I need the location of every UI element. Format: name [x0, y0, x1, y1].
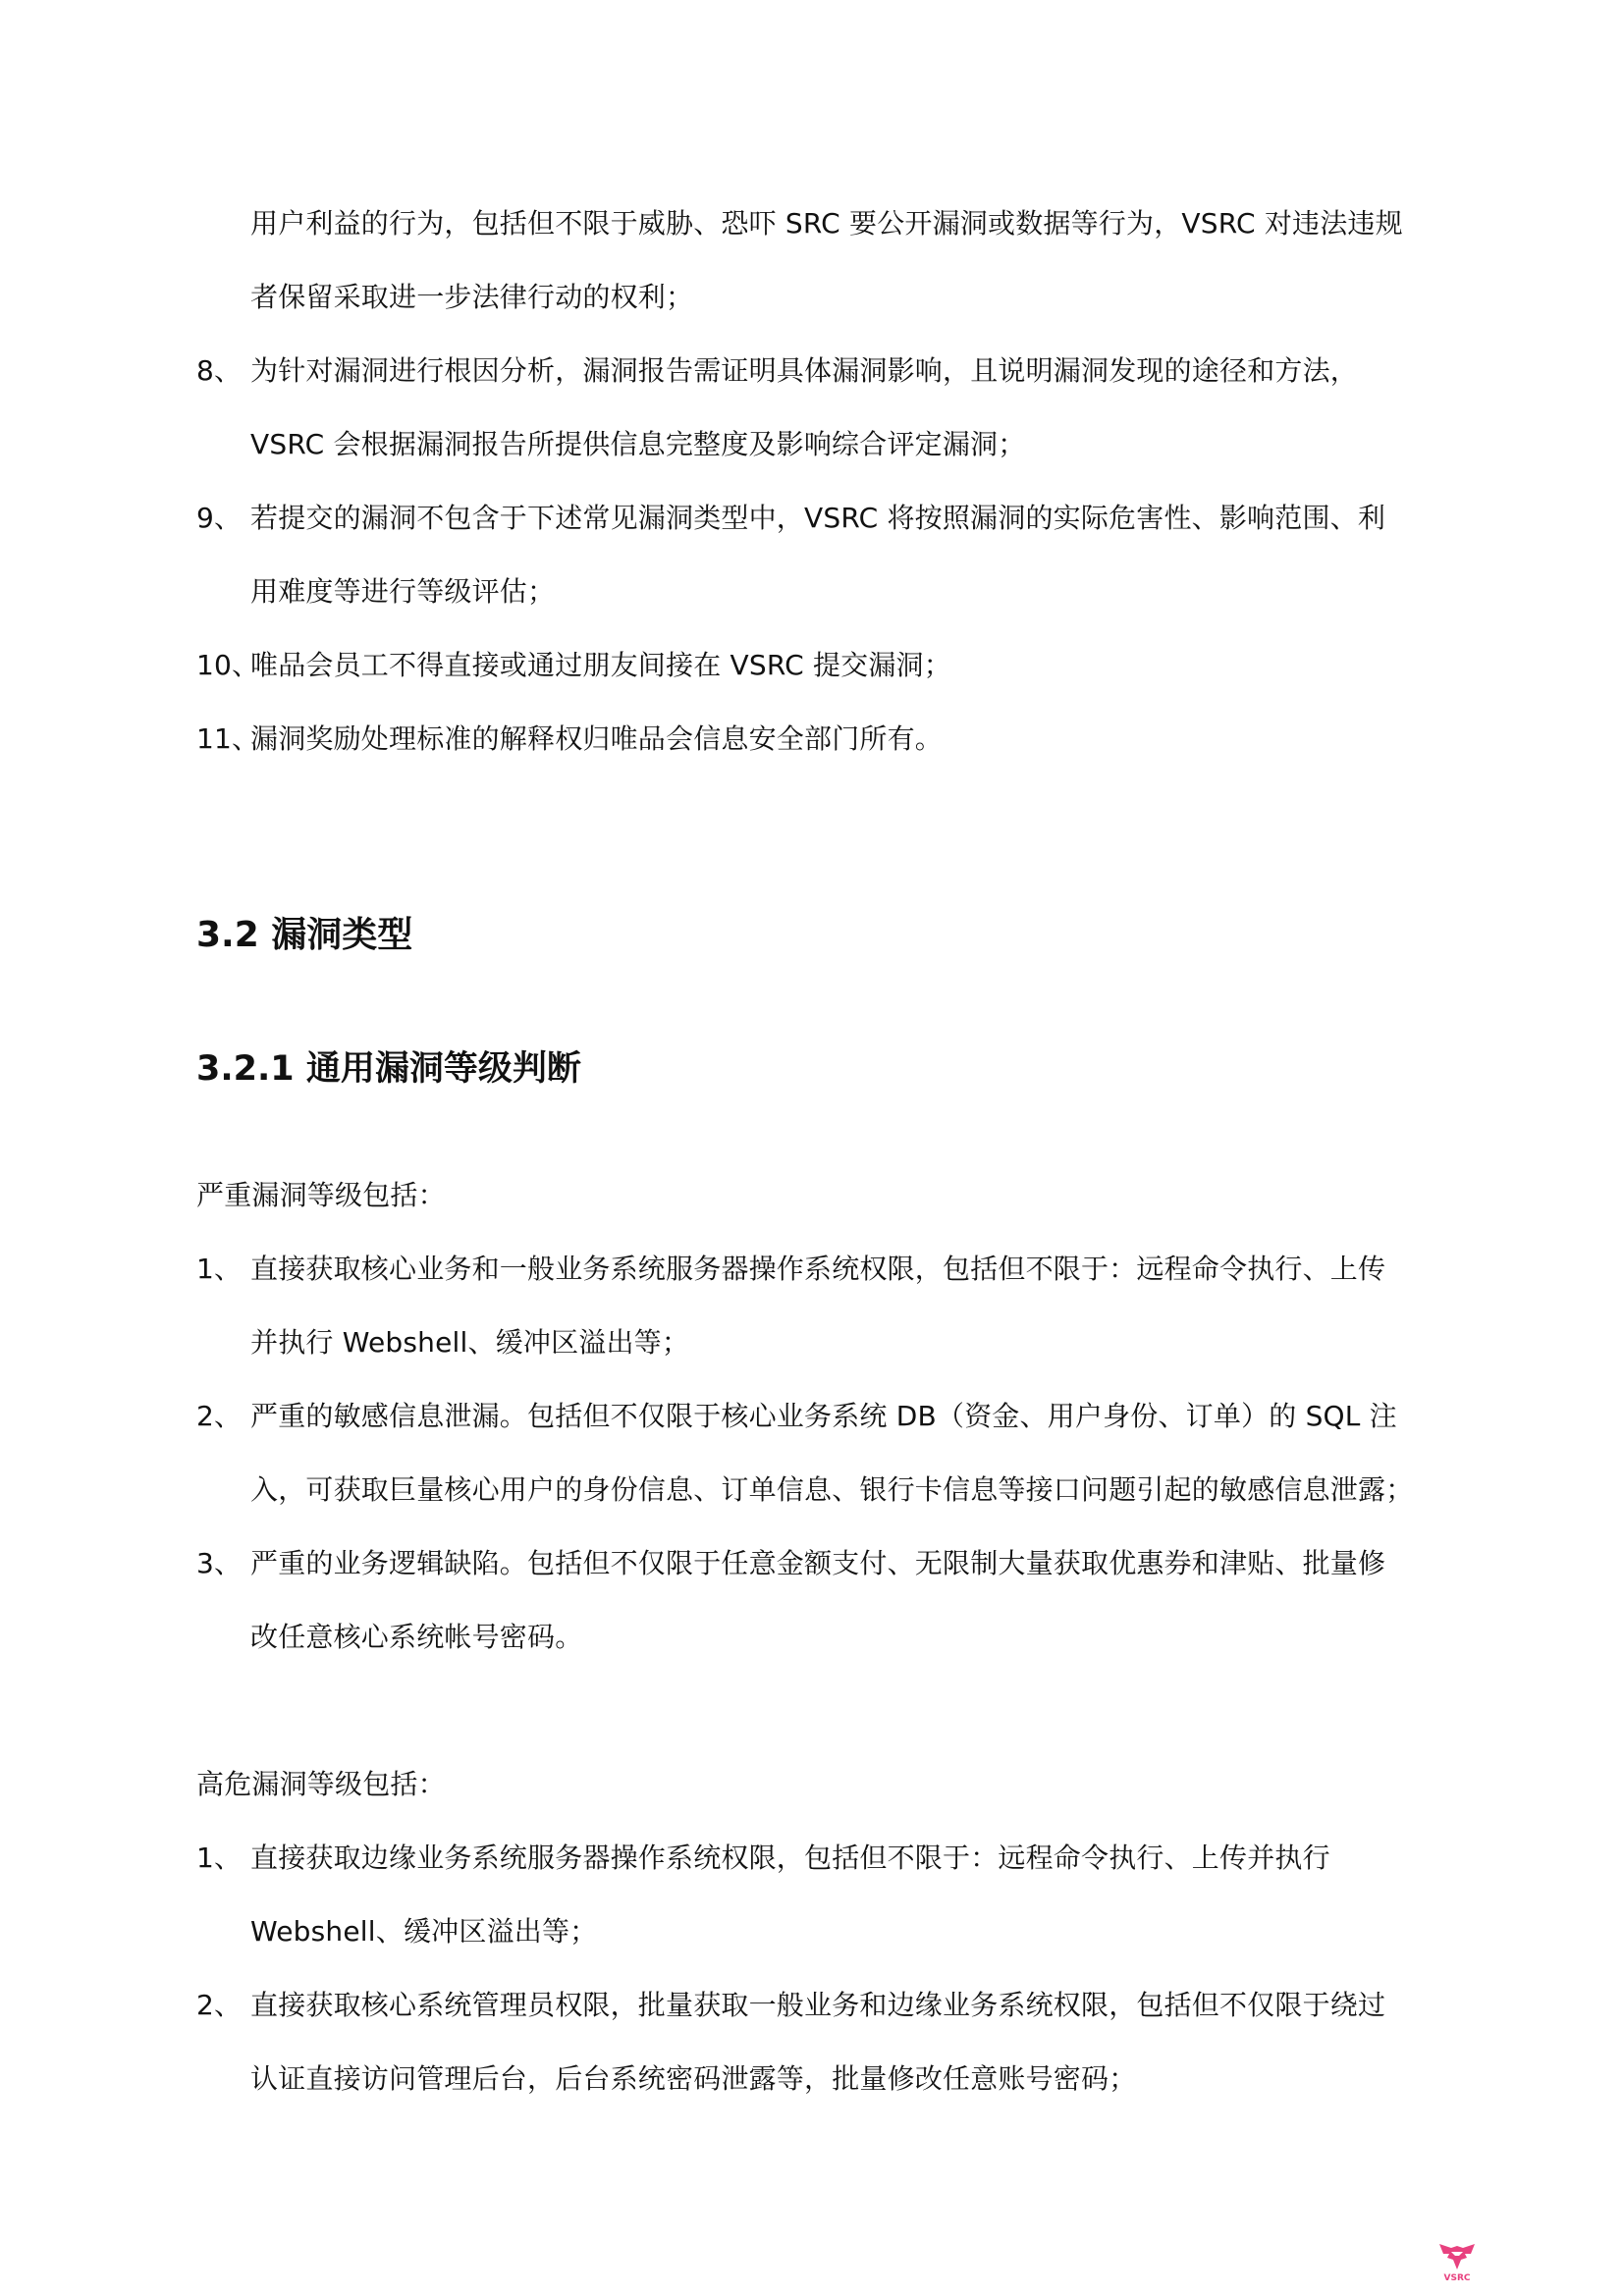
high-item-line: 直接获取边缘业务系统服务器操作系统权限，包括但不限于：远程命令执行、上传并执行 — [250, 1839, 1330, 1878]
high-item-line: 认证直接访问管理后台，后台系统密码泄露等，批量修改任意账号密码； — [250, 2059, 1136, 2099]
rule-line: 漏洞奖励处理标准的解释权归唯品会信息安全部门所有。 — [250, 720, 943, 759]
rule-number: 8、 — [196, 351, 242, 391]
high-item-number: 1、 — [196, 1839, 242, 1878]
section-heading: 3.2 漏洞类型 — [196, 911, 412, 960]
continued-item-line-1: 用户利益的行为，包括但不限于威胁、恐吓 SRC 要公开漏洞或数据等行为，VSRC… — [250, 204, 1403, 243]
rule-line: 为针对漏洞进行根因分析，漏洞报告需证明具体漏洞影响，且说明漏洞发现的途径和方法， — [250, 351, 1358, 391]
continued-item-line-2: 者保留采取进一步法律行动的权利； — [250, 278, 693, 317]
logo-text: VSRC — [1437, 2273, 1477, 2283]
rule-number: 9、 — [196, 499, 242, 538]
rule-line: 唯品会员工不得直接或通过朋友间接在 VSRC 提交漏洞； — [250, 646, 951, 685]
high-item-number: 2、 — [196, 1986, 242, 2025]
high-item-line: Webshell、缓冲区溢出等； — [250, 1912, 597, 1951]
critical-item-line: 严重的业务逻辑缺陷。包括但不仅限于任意金额支付、无限制大量获取优惠券和津贴、批量… — [250, 1544, 1385, 1583]
document-page: 用户利益的行为，包括但不限于威胁、恐吓 SRC 要公开漏洞或数据等行为，VSRC… — [0, 0, 1623, 2296]
high-item-line: 直接获取核心系统管理员权限，批量获取一般业务和边缘业务系统权限，包括但不仅限于绕… — [250, 1986, 1385, 2025]
critical-item-number: 2、 — [196, 1397, 242, 1436]
rule-line: VSRC 会根据漏洞报告所提供信息完整度及影响综合评定漏洞； — [250, 425, 1025, 464]
critical-item-number: 1、 — [196, 1250, 242, 1289]
rule-line: 若提交的漏洞不包含于下述常见漏洞类型中，VSRC 将按照漏洞的实际危害性、影响范… — [250, 499, 1385, 538]
critical-item-line: 入，可获取巨量核心用户的身份信息、订单信息、银行卡信息等接口问题引起的敏感信息泄… — [250, 1470, 1413, 1510]
subsection-heading: 3.2.1 通用漏洞等级判断 — [196, 1044, 581, 1094]
critical-label: 严重漏洞等级包括： — [196, 1176, 446, 1215]
critical-item-number: 3、 — [196, 1544, 242, 1583]
vsrc-logo: VSRC — [1437, 2240, 1477, 2289]
critical-item-line: 直接获取核心业务和一般业务系统服务器操作系统权限，包括但不限于：远程命令执行、上… — [250, 1250, 1385, 1289]
winged-shield-icon — [1437, 2240, 1477, 2273]
critical-item-line: 并执行 Webshell、缓冲区溢出等； — [250, 1323, 689, 1362]
high-label: 高危漏洞等级包括： — [196, 1765, 446, 1804]
rule-line: 用难度等进行等级评估； — [250, 572, 555, 612]
critical-item-line: 严重的敏感信息泄漏。包括但不仅限于核心业务系统 DB（资金、用户身份、订单）的 … — [250, 1397, 1397, 1436]
critical-item-line: 改任意核心系统帐号密码。 — [250, 1618, 582, 1657]
